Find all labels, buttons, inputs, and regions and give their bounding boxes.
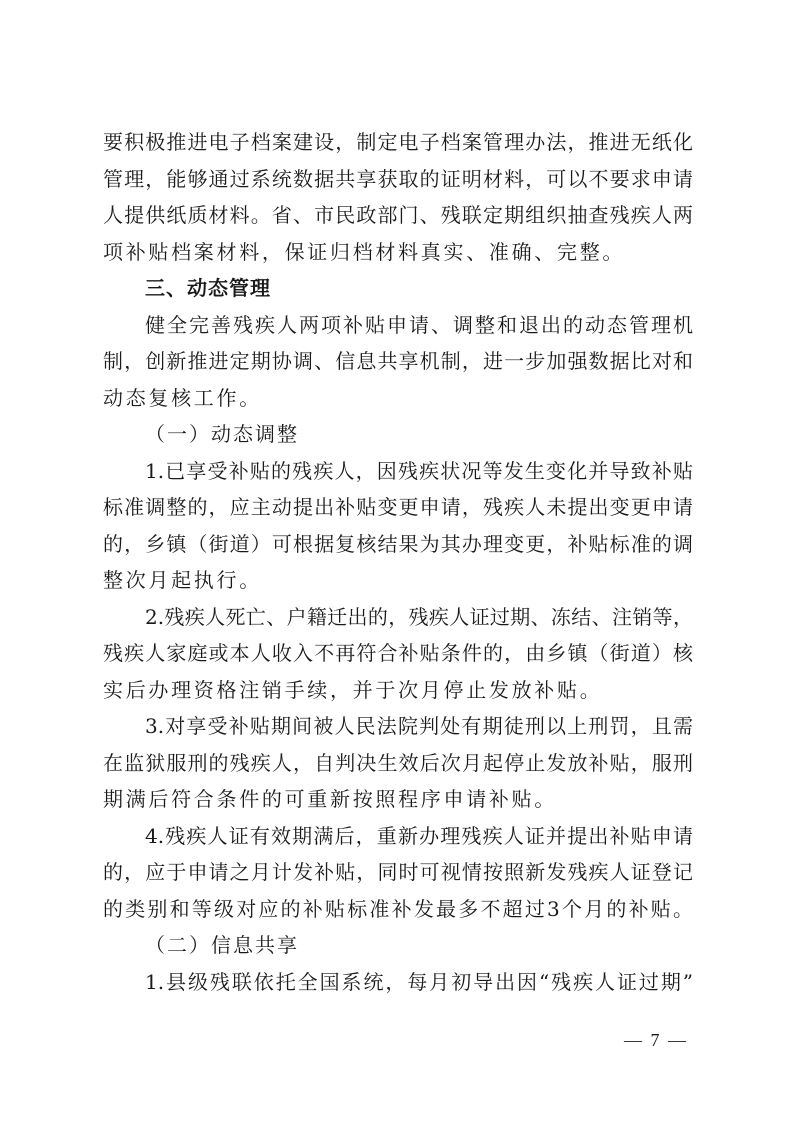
text-line: 的，应于申请之月计发补贴，同时可视情按照新发残疾人证登记	[103, 854, 693, 891]
text-line: 健全完善残疾人两项补贴申请、调整和退出的动态管理机	[103, 307, 693, 344]
text-line: 标准调整的，应主动提出补贴变更申请，残疾人未提出变更申请	[103, 489, 693, 526]
text-line: 人提供纸质材料。省、市民政部门、残联定期组织抽查残疾人两	[103, 197, 693, 234]
section-heading: 三、动态管理	[103, 270, 693, 307]
text-line: 实后办理资格注销手续，并于次月停止发放补贴。	[103, 672, 693, 709]
paragraph-info-sharing-item-1: 1.县级残联依托全国系统，每月初导出因“残疾人证过期”	[103, 964, 693, 1001]
text-line: 项补贴档案材料，保证归档材料真实、准确、完整。	[103, 234, 693, 271]
text-line: 在监狱服刑的残疾人，自判决生效后次月起停止发放补贴，服刑	[103, 745, 693, 782]
subsection-heading: （一）动态调整	[103, 416, 693, 453]
text-line: 要积极推进电子档案建设，制定电子档案管理办法，推进无纸化	[103, 124, 693, 161]
document-page: 要积极推进电子档案建设，制定电子档案管理办法，推进无纸化 管理，能够通过系统数据…	[103, 124, 693, 1000]
text-line: 制，创新推进定期协调、信息共享机制，进一步加强数据比对和	[103, 343, 693, 380]
paragraph-archive-management: 要积极推进电子档案建设，制定电子档案管理办法，推进无纸化 管理，能够通过系统数据…	[103, 124, 693, 270]
text-line: 期满后符合条件的可重新按照程序申请补贴。	[103, 781, 693, 818]
paragraph-item-4: 4.残疾人证有效期满后，重新办理残疾人证并提出补贴申请 的，应于申请之月计发补贴…	[103, 818, 693, 928]
text-line: 的，乡镇（街道）可根据复核结果为其办理变更，补贴标准的调	[103, 526, 693, 563]
text-line: 1.县级残联依托全国系统，每月初导出因“残疾人证过期”	[103, 964, 693, 1001]
text-line: 整次月起执行。	[103, 562, 693, 599]
text-line: 2.残疾人死亡、户籍迁出的，残疾人证过期、冻结、注销等，	[103, 599, 693, 636]
text-line: 3.对享受补贴期间被人民法院判处有期徒刑以上刑罚，且需	[103, 708, 693, 745]
page-number: — 7 —	[624, 1030, 688, 1051]
paragraph-item-1: 1.已享受补贴的残疾人，因残疾状况等发生变化并导致补贴 标准调整的，应主动提出补…	[103, 453, 693, 599]
paragraph-item-3: 3.对享受补贴期间被人民法院判处有期徒刑以上刑罚，且需 在监狱服刑的残疾人，自判…	[103, 708, 693, 818]
text-line: 管理，能够通过系统数据共享获取的证明材料，可以不要求申请	[103, 161, 693, 198]
text-line: 1.已享受补贴的残疾人，因残疾状况等发生变化并导致补贴	[103, 453, 693, 490]
paragraph-item-2: 2.残疾人死亡、户籍迁出的，残疾人证过期、冻结、注销等， 残疾人家庭或本人收入不…	[103, 599, 693, 709]
text-line: 动态复核工作。	[103, 380, 693, 417]
subsection-heading: （二）信息共享	[103, 927, 693, 964]
paragraph-dynamic-management-intro: 健全完善残疾人两项补贴申请、调整和退出的动态管理机 制，创新推进定期协调、信息共…	[103, 307, 693, 417]
text-line: 的类别和等级对应的补贴标准补发最多不超过3个月的补贴。	[103, 891, 693, 928]
text-line: 残疾人家庭或本人收入不再符合补贴条件的，由乡镇（街道）核	[103, 635, 693, 672]
text-line: 4.残疾人证有效期满后，重新办理残疾人证并提出补贴申请	[103, 818, 693, 855]
